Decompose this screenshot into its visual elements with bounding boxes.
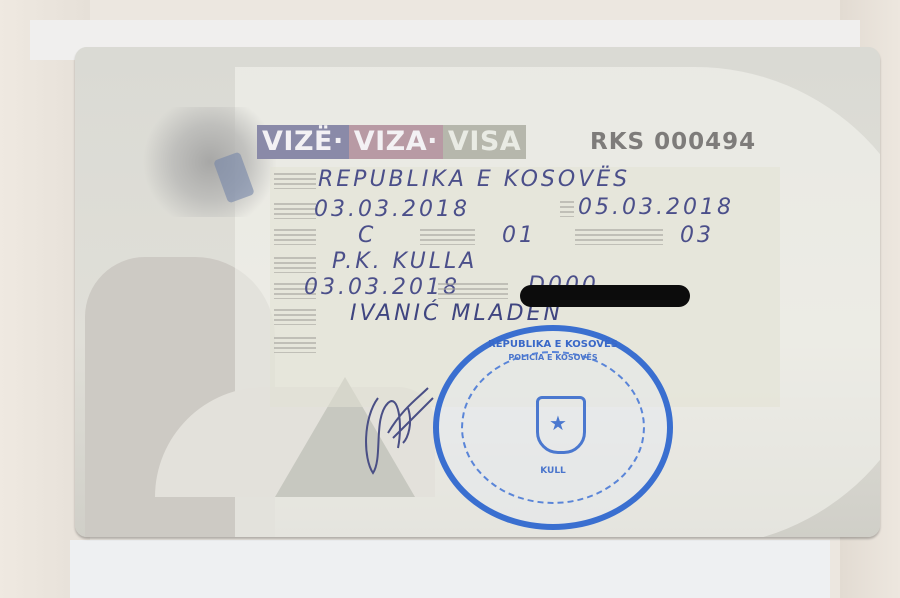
issue-date: 03.03.2018 xyxy=(304,275,460,300)
field-label xyxy=(274,309,316,325)
header-label-sr: VIZA· xyxy=(349,125,443,159)
valid-from: 03.03.2018 xyxy=(314,197,470,222)
stamp-bottom-text: KULL xyxy=(439,466,667,476)
redaction-mark xyxy=(520,285,690,307)
field-label xyxy=(274,257,316,273)
issued-at: P.K. KULLA xyxy=(332,249,477,274)
number-of-entries: 01 xyxy=(502,223,536,248)
issuing-authority: REPUBLIKA E KOSOVËS xyxy=(318,167,630,192)
visa-type: C xyxy=(358,223,376,248)
field-label xyxy=(420,229,475,245)
valid-until: 05.03.2018 xyxy=(578,195,734,220)
shield-star-icon: ★ xyxy=(536,396,586,454)
stamp-top-text: REPUBLIKA E KOSOVËS xyxy=(439,339,667,350)
header-label-sq: VIZË· xyxy=(257,125,349,159)
signature xyxy=(358,378,438,478)
field-label xyxy=(274,337,316,353)
official-stamp: REPUBLIKA E KOSOVËS POLICIA E KOSOVËS ★ … xyxy=(433,325,673,530)
header-label-en: VISA xyxy=(443,125,526,159)
field-label xyxy=(274,203,316,219)
field-label xyxy=(560,201,574,217)
passport-page-bottom xyxy=(70,540,830,598)
hologram-emblem-icon xyxy=(135,107,285,217)
serial-number: RKS 000494 xyxy=(590,125,756,159)
field-label xyxy=(438,283,508,299)
visa-header: VIZË· VIZA· VISA xyxy=(257,125,555,159)
field-label xyxy=(274,229,316,245)
field-label xyxy=(575,229,663,245)
stamp-second-text: POLICIA E KOSOVËS xyxy=(439,353,667,362)
duration-of-stay: 03 xyxy=(680,223,714,248)
field-label xyxy=(274,173,316,189)
